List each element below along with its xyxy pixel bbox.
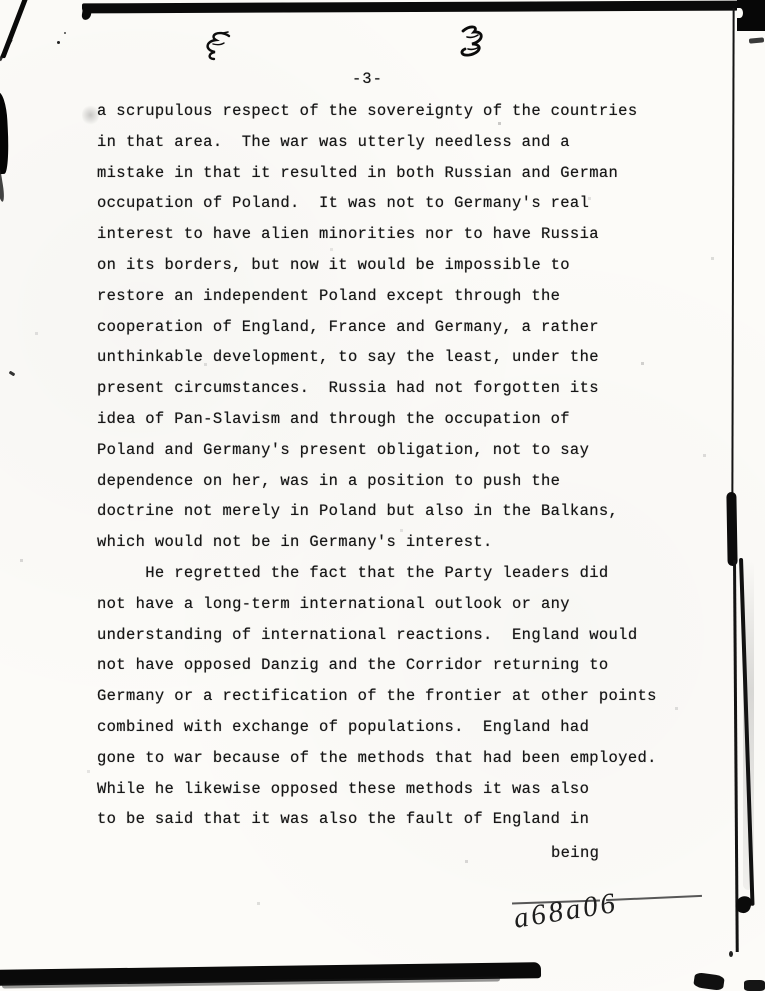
text-line: restore an independent Poland except thr… — [97, 281, 697, 312]
text-line: occupation of Poland. It was not to Germ… — [97, 188, 697, 219]
text-line: combined with exchange of populations. E… — [97, 712, 697, 743]
scan-artifact-left-edge-blob — [0, 92, 10, 175]
text-line: mistake in that it resulted in both Russ… — [97, 158, 697, 189]
text-line: not have opposed Danzig and the Corridor… — [97, 650, 697, 681]
ink-dot — [57, 41, 60, 44]
scan-artifact-left-edge-tail — [0, 170, 5, 203]
text-line: which would not be in Germany's interest… — [97, 527, 697, 558]
scan-artifact-notch — [737, 8, 743, 18]
text-line: interest to have alien minorities nor to… — [97, 219, 697, 250]
scan-noise-speckles — [0, 0, 1, 1]
text-line: present circumstances. Russia had not fo… — [97, 373, 697, 404]
page-crease-line-thick — [726, 492, 737, 566]
text-line: not have a long-term international outlo… — [97, 589, 697, 620]
text-line: gone to war because of the methods that … — [97, 743, 697, 774]
text-line: Poland and Germany's present obligation,… — [97, 435, 697, 466]
text-line: He regretted the fact that the Party lea… — [97, 558, 697, 589]
handwritten-annotation: a68a06 — [511, 887, 620, 936]
scanned-document-page: -3- a scrupulous respect of the sovereig… — [0, 0, 765, 991]
text-line: unthinkable development, to say the leas… — [97, 342, 697, 373]
text-line: on its borders, but now it would be impo… — [97, 250, 697, 281]
scan-artifact-left-dash — [9, 371, 16, 377]
typed-text-block: a scrupulous respect of the sovereignty … — [97, 96, 697, 835]
text-line: While he likewise opposed these methods … — [97, 774, 697, 805]
scan-artifact-bottom-corner-blob — [744, 980, 765, 991]
text-line: cooperation of England, France and Germa… — [97, 312, 697, 343]
text-line: in that area. The war was utterly needle… — [97, 127, 697, 158]
page-crease-shadow — [743, 560, 754, 890]
text-line: to be said that it was also the fault of… — [97, 804, 697, 835]
text-line: a scrupulous respect of the sovereignty … — [97, 96, 697, 127]
handwritten-underline — [606, 895, 702, 901]
ink-scribble-mark-icon — [203, 30, 235, 64]
text-line: doctrine not merely in Poland but also i… — [97, 496, 697, 527]
text-line: idea of Pan-Slavism and through the occu… — [97, 404, 697, 435]
text-line: understanding of international reactions… — [97, 620, 697, 651]
scan-artifact-dash — [749, 37, 764, 43]
scan-artifact-top-bar-end — [81, 8, 92, 20]
continuation-word: being — [551, 844, 599, 862]
page-crease-line-lower — [733, 560, 739, 952]
page-crease-line-upper — [731, 8, 734, 496]
page-number: -3- — [352, 70, 383, 88]
page-crease-dot — [729, 951, 733, 957]
text-line: dependence on her, was in a position to … — [97, 466, 697, 497]
text-line: Germany or a rectification of the fronti… — [97, 681, 697, 712]
scan-artifact-top-bar — [82, 1, 739, 14]
ink-dot — [64, 32, 66, 34]
ink-scribble-mark-icon — [455, 24, 487, 64]
scan-artifact-bottom-blob — [693, 972, 725, 991]
